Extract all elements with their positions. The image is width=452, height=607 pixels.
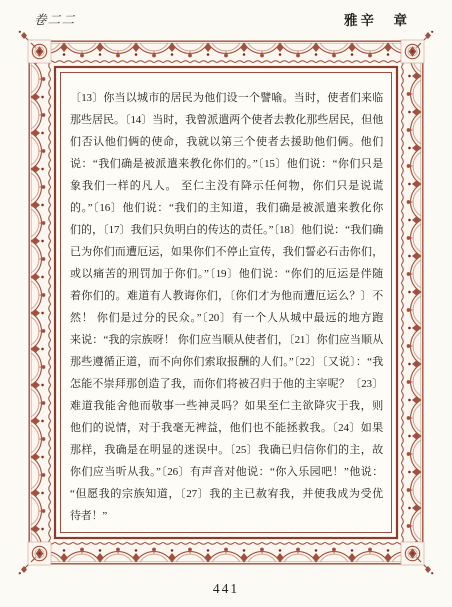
text-line: 说：“我们确是被派遣来教化你们的。”〔15〕他们说：“你们只是 bbox=[70, 153, 383, 175]
text-line: 怎能不崇拜那创造了我，而你们将被召归于他的主宰呢？〔23〕 bbox=[70, 373, 383, 395]
text-line: 或以痛苦的刑罚加于你们。”〔19〕他们说：“你们的厄运是伴随 bbox=[70, 263, 383, 285]
running-header: 卷二二 雅辛 章 bbox=[34, 8, 410, 30]
text-line: 那样，我确是在明显的迷误中。〔25〕我确已归信你们的主，故 bbox=[70, 439, 383, 461]
text-line: 象我们一样的凡人。 至仁主没有降示任何物，你们只是说谎 bbox=[70, 175, 383, 197]
text-line: 的。”〔16〕他们说：“我们的主知道，我们确是被派遣来教化你 bbox=[70, 197, 383, 219]
book-page: 卷二二 雅辛 章 bbox=[0, 0, 452, 607]
text-line: 难道我能舍他而敬事一些神灵吗？如果至仁主欲降灾于我，则 bbox=[70, 395, 383, 417]
text-line: 来说：“我的宗族呀！ 你们应当顺从使者们，〔21〕你们应当顺从 bbox=[70, 329, 383, 351]
text-line: “但愿我的宗族知道，〔27〕我的主已赦宥我，并使我成为受优 bbox=[70, 483, 383, 505]
text-line: 然！ 你们是过分的民众。”〔20〕有一个人从城中最远的地方跑 bbox=[70, 307, 383, 329]
text-line: 待者！” bbox=[70, 505, 383, 527]
text-line: 他们的说情，对于我毫无裨益，他们也不能拯救我。〔24〕如果 bbox=[70, 417, 383, 439]
page-number: 441 bbox=[213, 581, 239, 596]
page-footer: 441 bbox=[0, 580, 452, 598]
text-line: 你们应当听从我。”〔26〕有声音对他说：“你入乐园吧！”他说： bbox=[70, 461, 383, 483]
volume-label: 卷二二 bbox=[33, 10, 77, 28]
scripture-text-block: 〔13〕你当以城市的居民为他们设一个譬喻。当时，使者们来临 那些居民。〔14〕当… bbox=[61, 73, 392, 532]
text-line: 着你们的。难道有人教诲你们，〔你们才为他而遭厄运么？〕不 bbox=[70, 285, 383, 307]
text-line: 已为你们而遭厄运，如果你们不停止宣传，我们誓必石击你们， bbox=[70, 241, 383, 263]
text-line: 那些遵循正道，而不向你们索取报酬的人们。”〔22〕〔又说〕：“我 bbox=[70, 351, 383, 373]
chapter-title: 雅辛 章 bbox=[344, 9, 410, 29]
text-line: 们否认他们俩的使命，我就以第三个使者去援助他们俩。他们 bbox=[70, 131, 383, 153]
text-line: 们的，〔17〕我们只负明白的传达的责任。”〔18〕他们说：“我们确 bbox=[70, 219, 383, 241]
text-line: 〔13〕你当以城市的居民为他们设一个譬喻。当时，使者们来临 bbox=[70, 87, 383, 109]
text-line: 那些居民。〔14〕当时，我曾派遣两个使者去教化那些居民，但他 bbox=[70, 109, 383, 131]
